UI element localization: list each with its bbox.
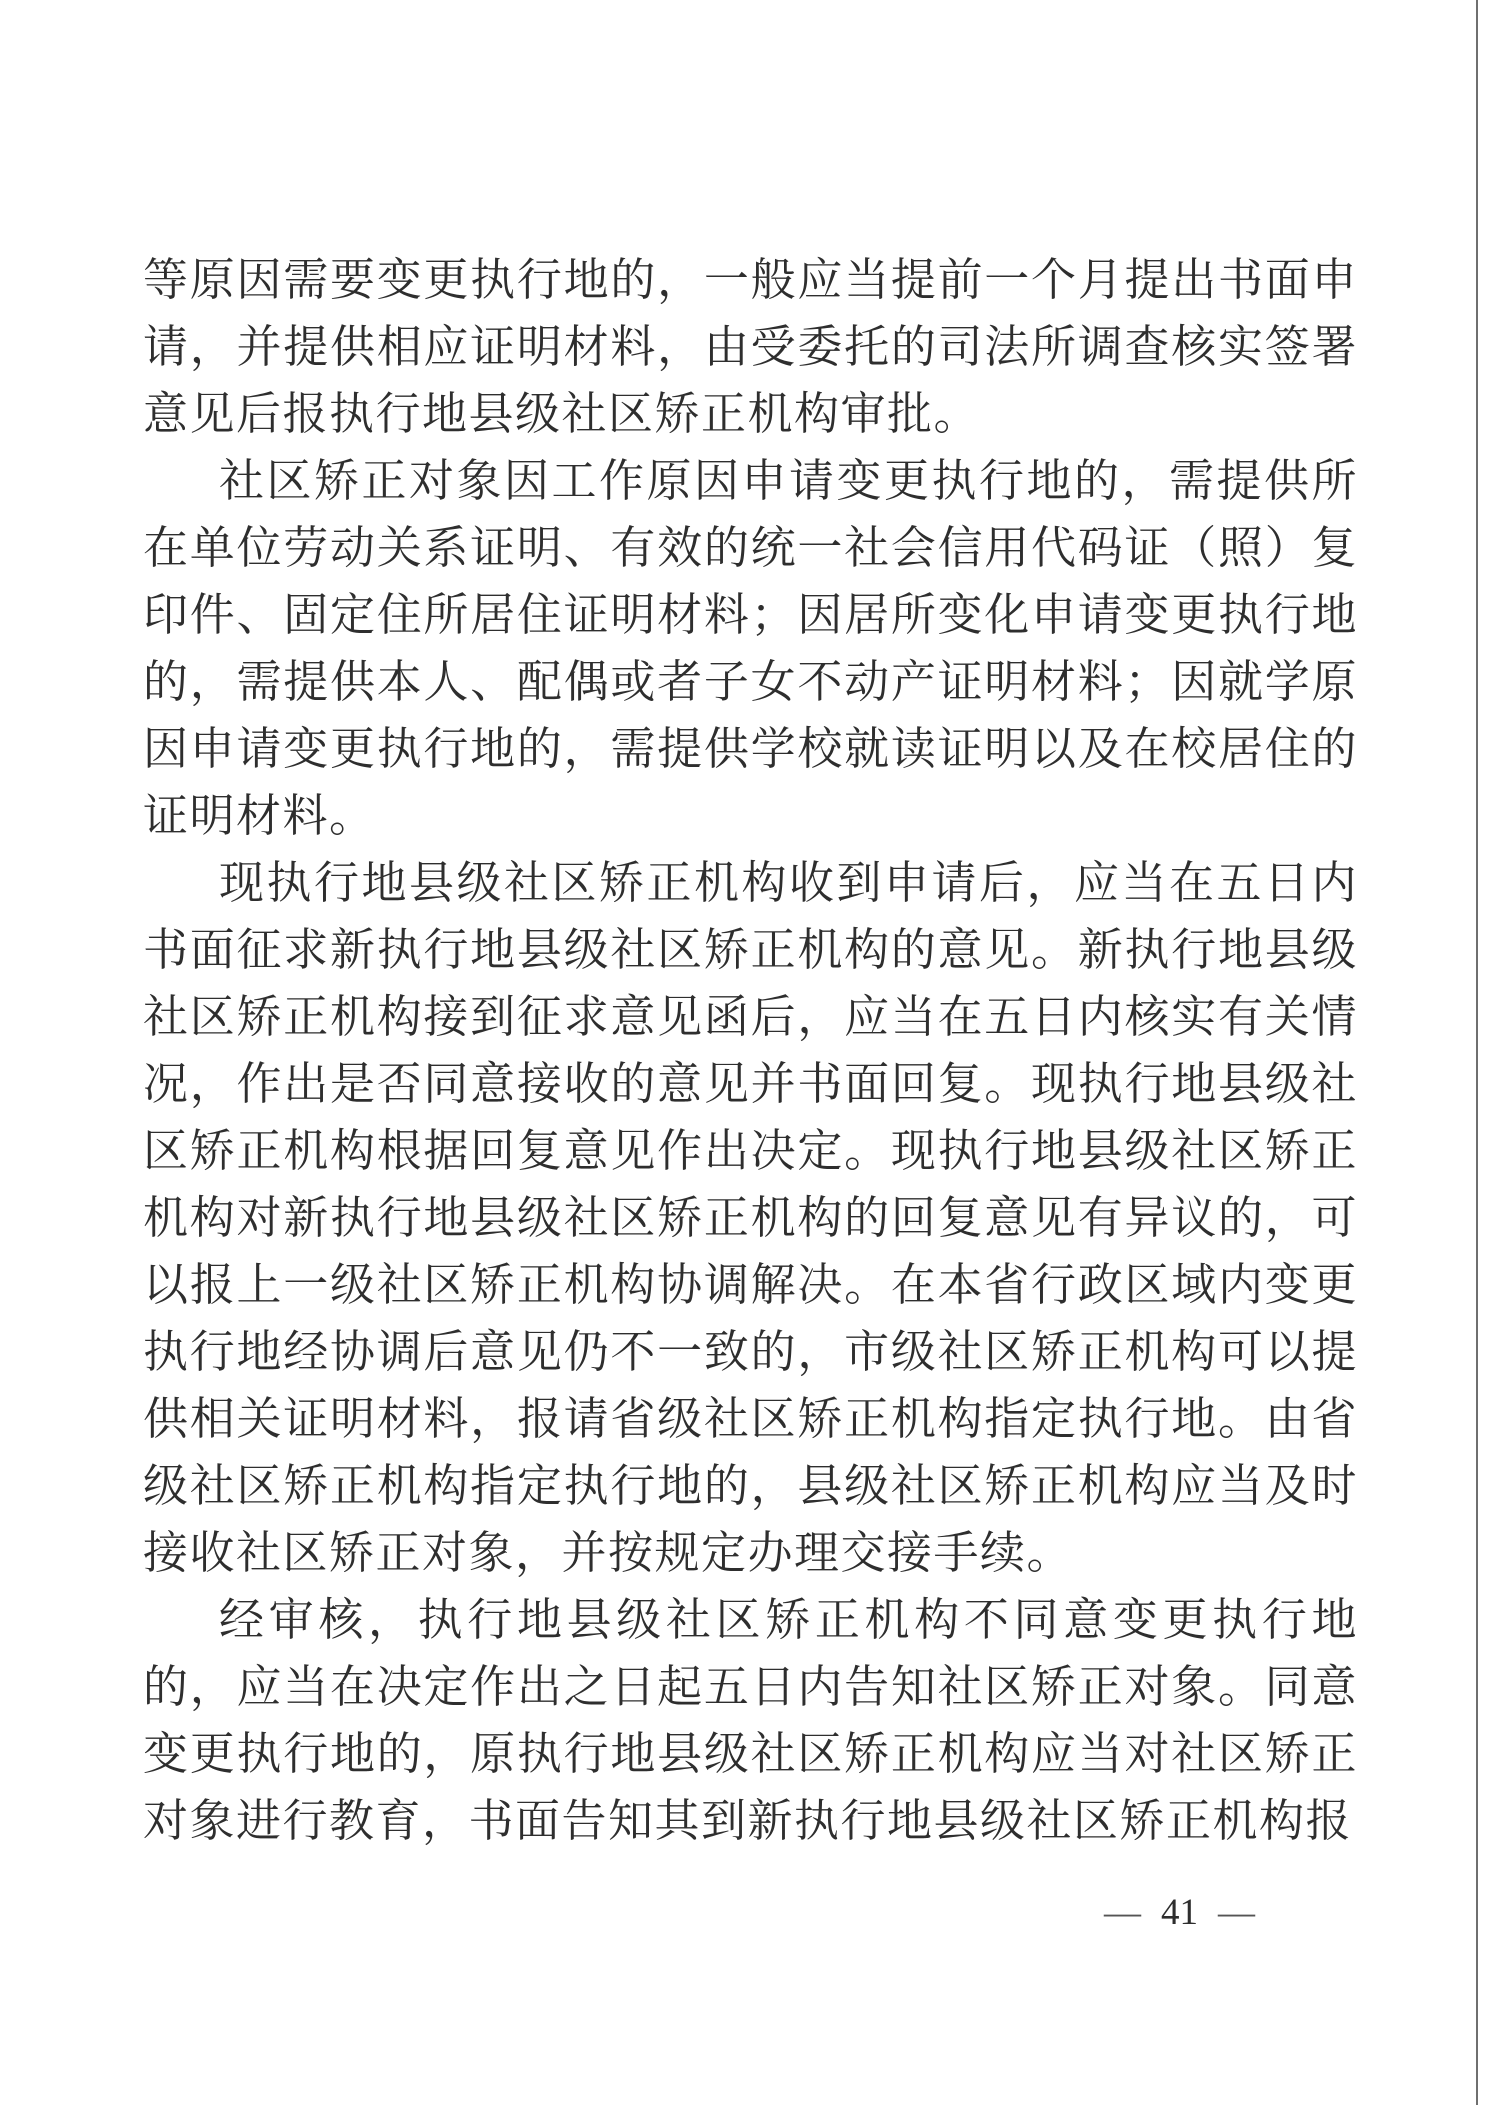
document-body: 等原因需要变更执行地的，一般应当提前一个月提出书面申请，并提供相应证明材料，由受… [143, 247, 1358, 1855]
scan-artifact-line [1476, 0, 1478, 2105]
footer-dash-right: — [1218, 1892, 1255, 1935]
paragraph-review-procedure: 现执行地县级社区矫正机构收到申请后，应当在五日内书面征求新执行地县级社区矫正机构… [143, 850, 1358, 1587]
page-footer: — 41 — [1104, 1892, 1255, 1935]
paragraph-decision-notice: 经审核，执行地县级社区矫正机构不同意变更执行地的，应当在决定作出之日起五日内告知… [143, 1587, 1358, 1855]
document-page: 等原因需要变更执行地的，一般应当提前一个月提出书面申请，并提供相应证明材料，由受… [0, 0, 1488, 2105]
footer-dash-left: — [1104, 1892, 1141, 1935]
paragraph-continuation: 等原因需要变更执行地的，一般应当提前一个月提出书面申请，并提供相应证明材料，由受… [143, 247, 1358, 448]
paragraph-work-reason-materials: 社区矫正对象因工作原因申请变更执行地的，需提供所在单位劳动关系证明、有效的统一社… [143, 448, 1358, 850]
page-number: 41 [1161, 1892, 1198, 1935]
